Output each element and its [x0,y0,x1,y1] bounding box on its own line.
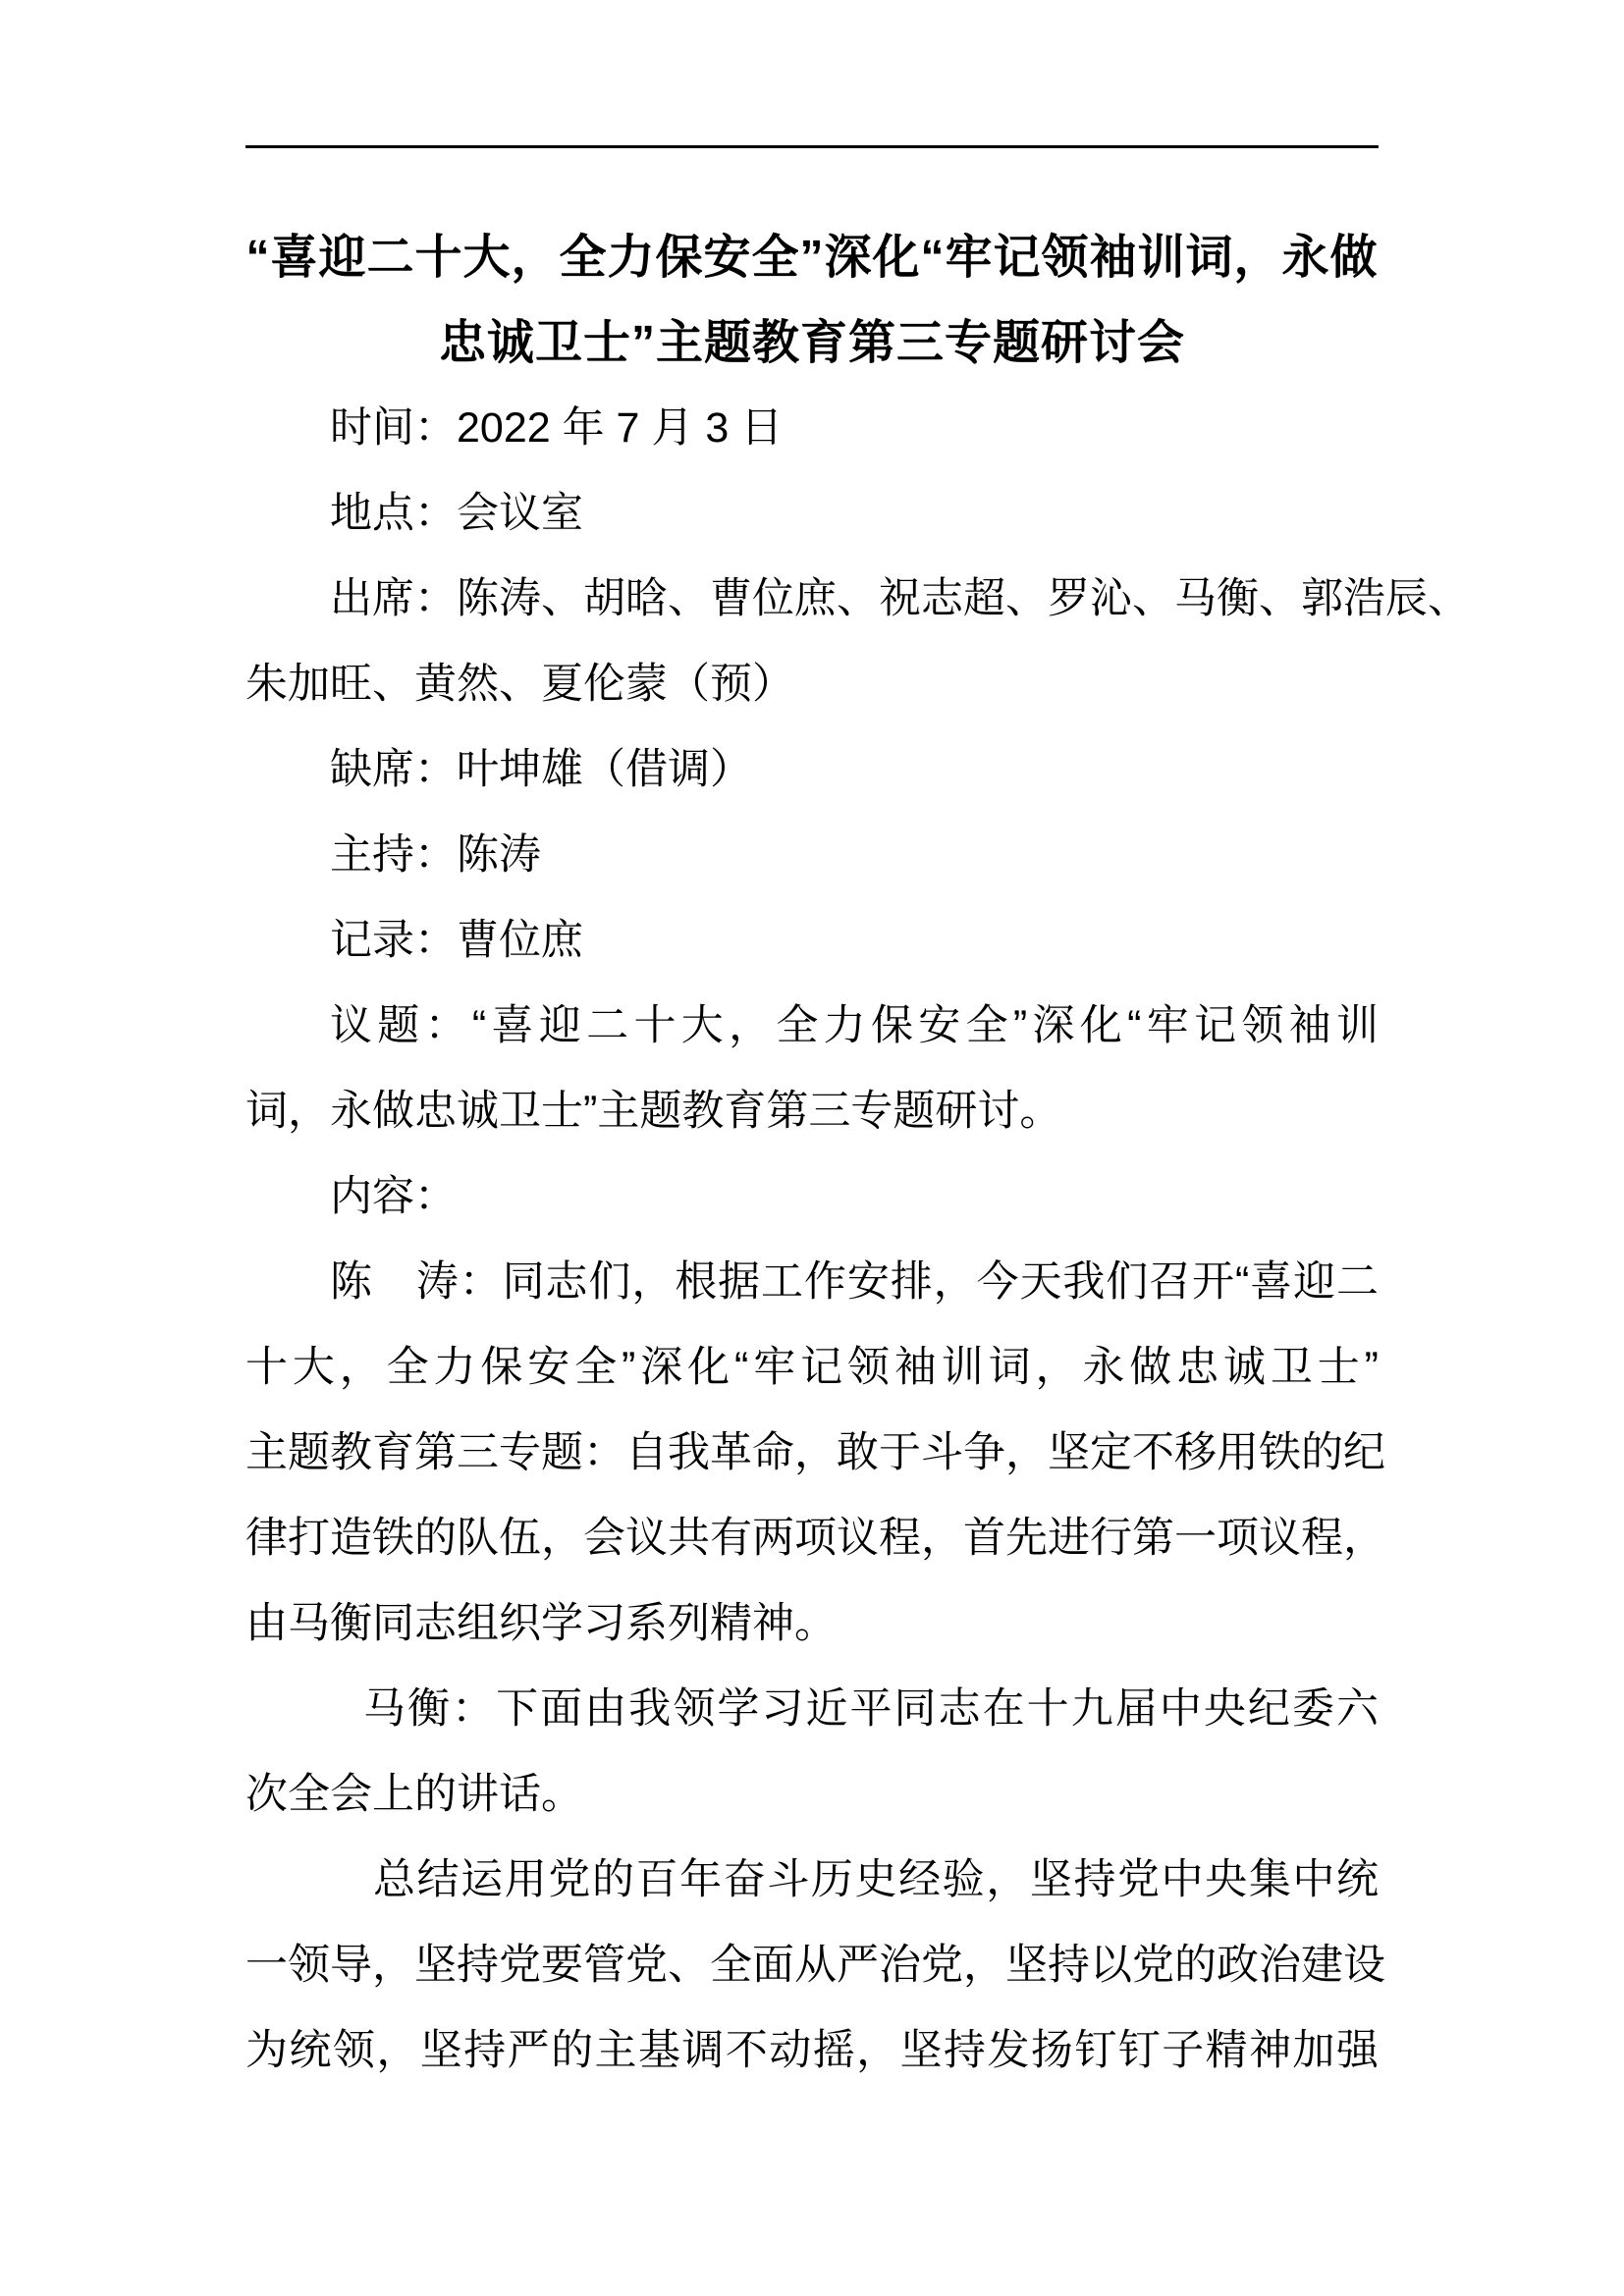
speech-maheng-line-1: 马衡：下面由我领学习近平同志在十九届中央纪委六 [245,1667,1379,1752]
document-title-line-1: “喜迎二十大，全力保安全”深化“牢记领袖训词，永做 [245,215,1379,300]
speech-chentao-line-2: 十大，全力保安全”深化“牢记领袖训词，永做忠诚卫士” [245,1325,1379,1411]
attendees-line: 出席：陈涛、胡晗、曹位庶、祝志超、罗沁、马衡、郭浩辰、 [245,557,1379,642]
document-page: “喜迎二十大，全力保安全”深化“牢记领袖训词，永做 忠诚卫士”主题教育第三专题研… [0,0,1624,2296]
header-rule [245,145,1379,148]
speech-chentao-line-1: 陈 涛：同志们，根据工作安排，今天我们召开“喜迎二 [245,1240,1379,1325]
study-passage-line-3: 为统领，坚持严的主基调不动摇，坚持发扬钉钉子精神加强 [245,2008,1379,2094]
topic-line-continued: 词，永做忠诚卫士”主题教育第三专题研讨。 [245,1069,1379,1154]
speech-chentao-line-4: 律打造铁的队伍，会议共有两项议程，首先进行第一项议程， [245,1496,1379,1581]
absent-line: 缺席：叶坤雄（借调） [245,727,1379,813]
meeting-time-line: 时间：2022 年 7 月 3 日 [245,386,1379,471]
speech-chentao-line-3: 主题教育第三专题：自我革命，敢于斗争，坚定不移用铁的纪 [245,1411,1379,1496]
attendees-line-continued: 朱加旺、黄然、夏伦蒙（预） [245,642,1379,727]
recorder-line: 记录：曹位庶 [245,898,1379,984]
meeting-location-line: 地点：会议室 [245,471,1379,557]
study-passage-line-1: 总结运用党的百年奋斗历史经验，坚持党中央集中统 [245,1838,1379,1923]
speech-chentao-line-5: 由马衡同志组织学习系列精神。 [245,1581,1379,1667]
speech-maheng-line-2: 次全会上的讲话。 [245,1752,1379,1838]
study-passage-line-2: 一领导，坚持党要管党、全面从严治党，坚持以党的政治建设 [245,1923,1379,2008]
document-body: “喜迎二十大，全力保安全”深化“牢记领袖训词，永做 忠诚卫士”主题教育第三专题研… [245,215,1379,2094]
topic-line: 议题：“喜迎二十大，全力保安全”深化“牢记领袖训 [245,984,1379,1069]
content-label-line: 内容： [245,1154,1379,1240]
document-title-line-2: 忠诚卫士”主题教育第三专题研讨会 [245,300,1379,386]
host-line: 主持：陈涛 [245,813,1379,898]
